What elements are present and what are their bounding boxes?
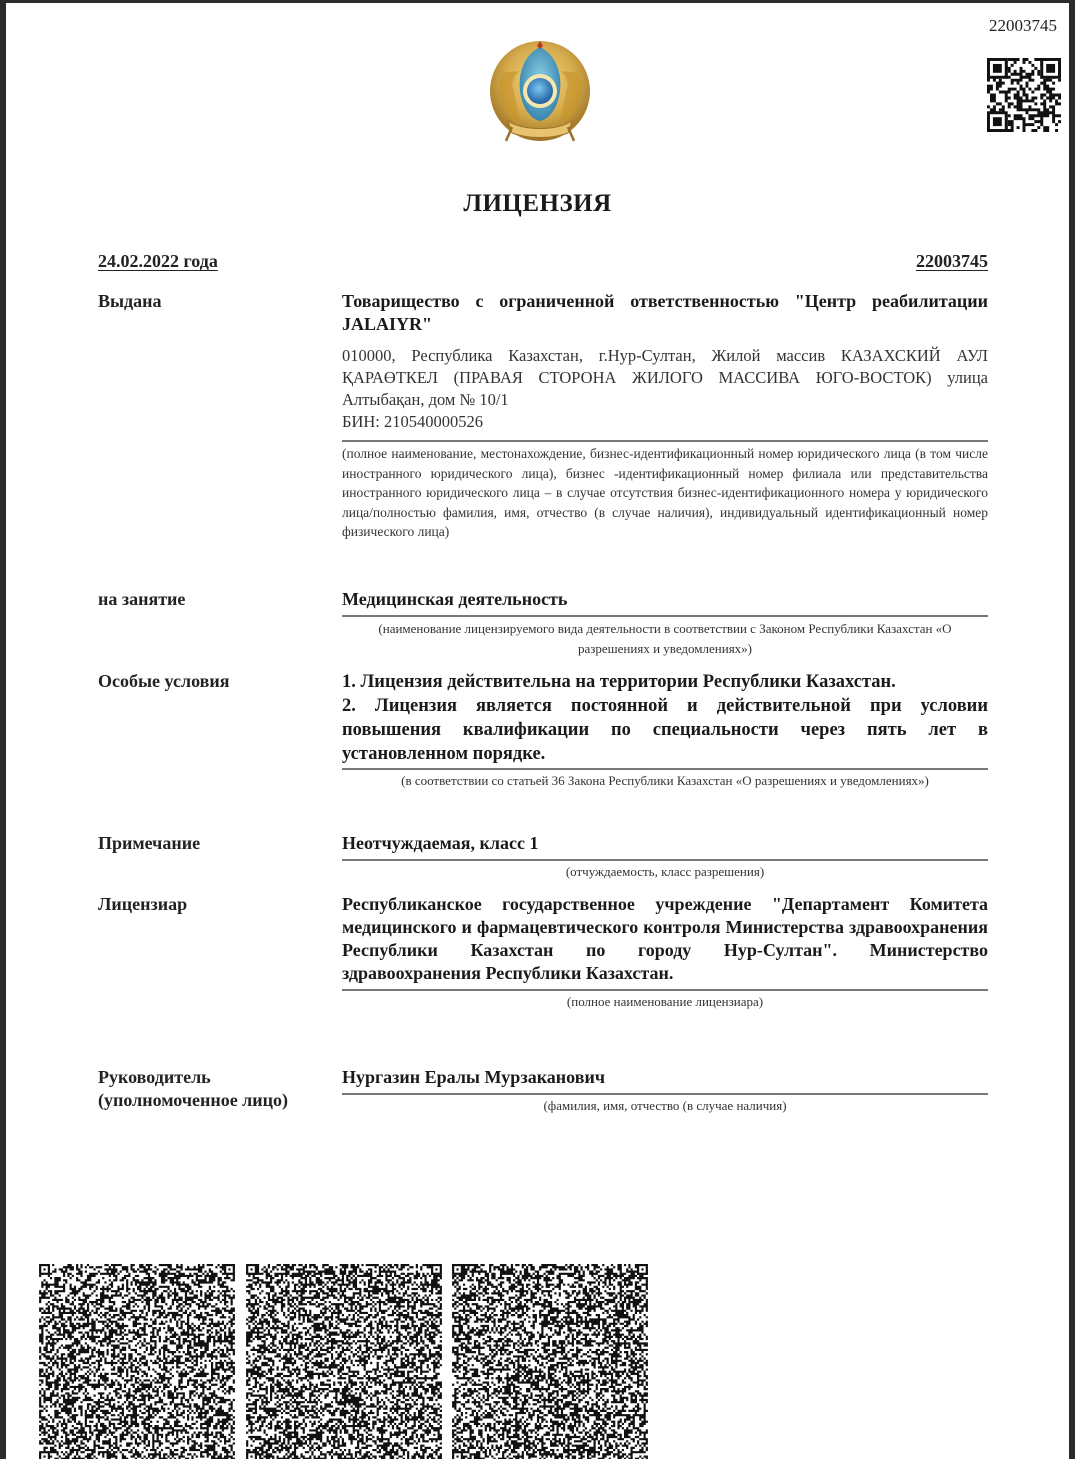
head-label: Руководитель (уполномоченное лицо) — [98, 1066, 338, 1112]
note-label: Примечание — [98, 832, 328, 855]
qr-code-icon — [452, 1264, 648, 1459]
condition-item-1: 1. Лицензия действительна на территории … — [342, 670, 988, 694]
activity-value: Медицинская деятельность — [342, 588, 988, 611]
head-hint: (фамилия, имя, отчество (в случае наличи… — [342, 1096, 988, 1116]
issued-to-label: Выдана — [98, 290, 328, 313]
divider — [342, 989, 988, 991]
licensee-hint: (полное наименование, местонахождение, б… — [342, 444, 988, 542]
licensee-address: 010000, Республика Казахстан, г.Нур-Султ… — [342, 345, 988, 411]
note-value: Неотчуждаемая, класс 1 — [342, 832, 988, 855]
licensor-label: Лицензиар — [98, 893, 328, 916]
divider — [342, 859, 988, 861]
state-emblem-icon — [484, 33, 596, 145]
qr-code-icon — [39, 1264, 235, 1459]
document-title: ЛИЦЕНЗИЯ — [6, 190, 1069, 218]
head-value: Нургазин Ералы Мурзаканович — [342, 1066, 988, 1089]
licensor-hint: (полное наименование лицензиара) — [342, 992, 988, 1012]
activity-hint: (наименование лицензируемого вида деятел… — [342, 619, 988, 658]
license-page: 22003745 — [6, 3, 1069, 1459]
divider — [342, 1093, 988, 1095]
condition-item-2: 2. Лицензия является постоянной и действ… — [342, 694, 988, 766]
qr-code-icon — [246, 1264, 442, 1459]
divider — [342, 768, 988, 770]
licensor-value: Республиканское государственное учрежден… — [342, 893, 988, 985]
note-hint: (отчуждаемость, класс разрешения) — [342, 862, 988, 882]
conditions-label: Особые условия — [98, 670, 328, 693]
registration-number: 22003745 — [916, 251, 988, 272]
divider — [342, 615, 988, 617]
document-number-top: 22003745 — [989, 16, 1057, 36]
qr-code-icon — [987, 58, 1061, 132]
licensee-name: Товарищество с ограниченной ответственно… — [342, 290, 988, 336]
conditions-hint: (в соответствии со статьей 36 Закона Рес… — [342, 771, 988, 791]
activity-label: на занятие — [98, 588, 328, 611]
divider — [342, 440, 988, 442]
licensee-bin: БИН: 210540000526 — [342, 411, 988, 433]
issue-date: 24.02.2022 года — [98, 251, 218, 272]
